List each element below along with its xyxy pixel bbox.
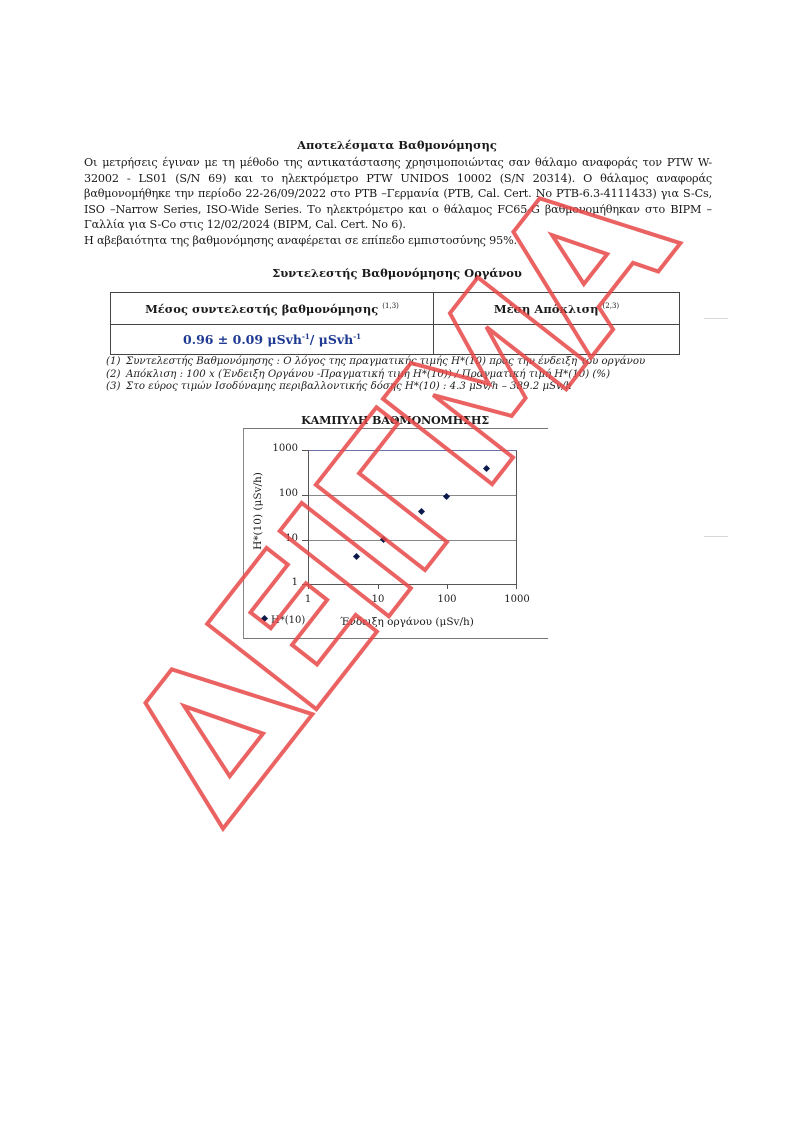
footnote-number: (2) (106, 369, 126, 382)
exponent: -1 (353, 332, 361, 341)
footnote-number: (3) (106, 381, 126, 394)
scan-artifact (704, 536, 728, 537)
header-label: Μέσος συντελεστής βαθμονόμησης (145, 302, 378, 316)
header-mean-coefficient: Μέσος συντελεστής βαθμονόμησης (1,3) (111, 293, 434, 325)
coefficient-text: 0.96 ± 0.09 μSvh (183, 332, 302, 347)
x-tick-label: 1000 (497, 594, 537, 605)
footnote-number: (1) (106, 356, 126, 369)
exponent: -1 (302, 332, 310, 341)
x-tick (516, 585, 517, 589)
document-page: Αποτελέσματα Βαθμονόμησης Οι μετρήσεις έ… (0, 0, 794, 1129)
coefficient-unit: / μSvh (310, 332, 353, 347)
document-title: Αποτελέσματα Βαθμονόμησης (0, 138, 794, 152)
footnote-ref: (1,3) (382, 302, 399, 310)
scan-artifact (704, 318, 728, 319)
